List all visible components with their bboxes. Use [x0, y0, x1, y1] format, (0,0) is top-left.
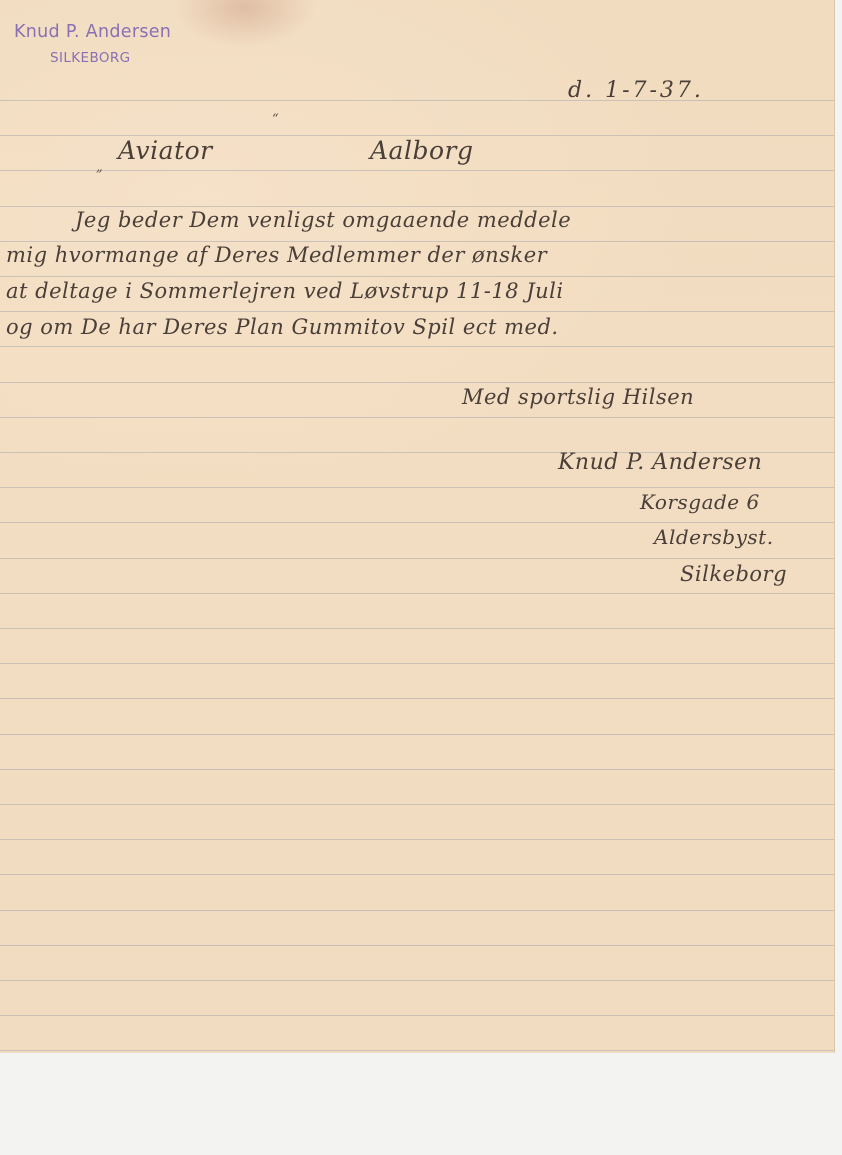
ruled-line [0, 311, 834, 312]
ruled-line [0, 558, 834, 559]
letterhead-stamp-name: Knud P. Andersen [14, 22, 171, 42]
sender-address-city: Silkeborg [680, 562, 787, 586]
ruled-line [0, 522, 834, 523]
sender-address-line: Aldersbyst. [654, 525, 774, 549]
ruled-line [0, 487, 834, 488]
ruled-line [0, 206, 834, 207]
ruled-line [0, 910, 834, 911]
ruled-line [0, 874, 834, 875]
ruled-line [0, 593, 834, 594]
body-line: mig hvormange af Deres Medlemmer der øns… [6, 243, 547, 267]
ruled-line [0, 382, 834, 383]
ruled-line [0, 945, 834, 946]
open-quote-mark: „ [96, 160, 103, 175]
ruled-line [0, 698, 834, 699]
ruled-line [0, 804, 834, 805]
scanned-document: Knud P. Andersen SILKEBORG d. 1-7-37. „ … [0, 0, 842, 1155]
closing-salutation: Med sportslig Hilsen [462, 385, 694, 409]
recipient-city: Aalborg [370, 136, 473, 165]
body-line: at deltage i Sommerlejren ved Løvstrup 1… [6, 279, 564, 303]
letter-date: d. 1-7-37. [568, 78, 704, 103]
sender-address-street: Korsgade 6 [640, 490, 760, 514]
ruled-line [0, 1050, 834, 1051]
ruled-line [0, 346, 834, 347]
letterhead-stamp-city: SILKEBORG [50, 50, 131, 66]
close-quote-mark: “ [272, 112, 279, 127]
signature: Knud P. Andersen [558, 450, 762, 475]
ruled-line [0, 241, 834, 242]
ruled-line [0, 628, 834, 629]
ruled-line [0, 1015, 834, 1016]
ruled-line [0, 100, 834, 101]
ruled-line [0, 769, 834, 770]
ruled-line [0, 276, 834, 277]
ruled-line [0, 980, 834, 981]
ruled-line [0, 170, 834, 171]
ruled-letter-paper: Knud P. Andersen SILKEBORG d. 1-7-37. „ … [0, 0, 834, 1053]
ruled-line [0, 839, 834, 840]
body-line: og om De har Deres Plan Gummitov Spil ec… [6, 315, 559, 339]
body-line: Jeg beder Dem venligst omgaaende meddele [75, 208, 571, 232]
ruled-line [0, 417, 834, 418]
ruled-line [0, 663, 834, 664]
ruled-line [0, 734, 834, 735]
recipient-name: Aviator [118, 136, 213, 165]
